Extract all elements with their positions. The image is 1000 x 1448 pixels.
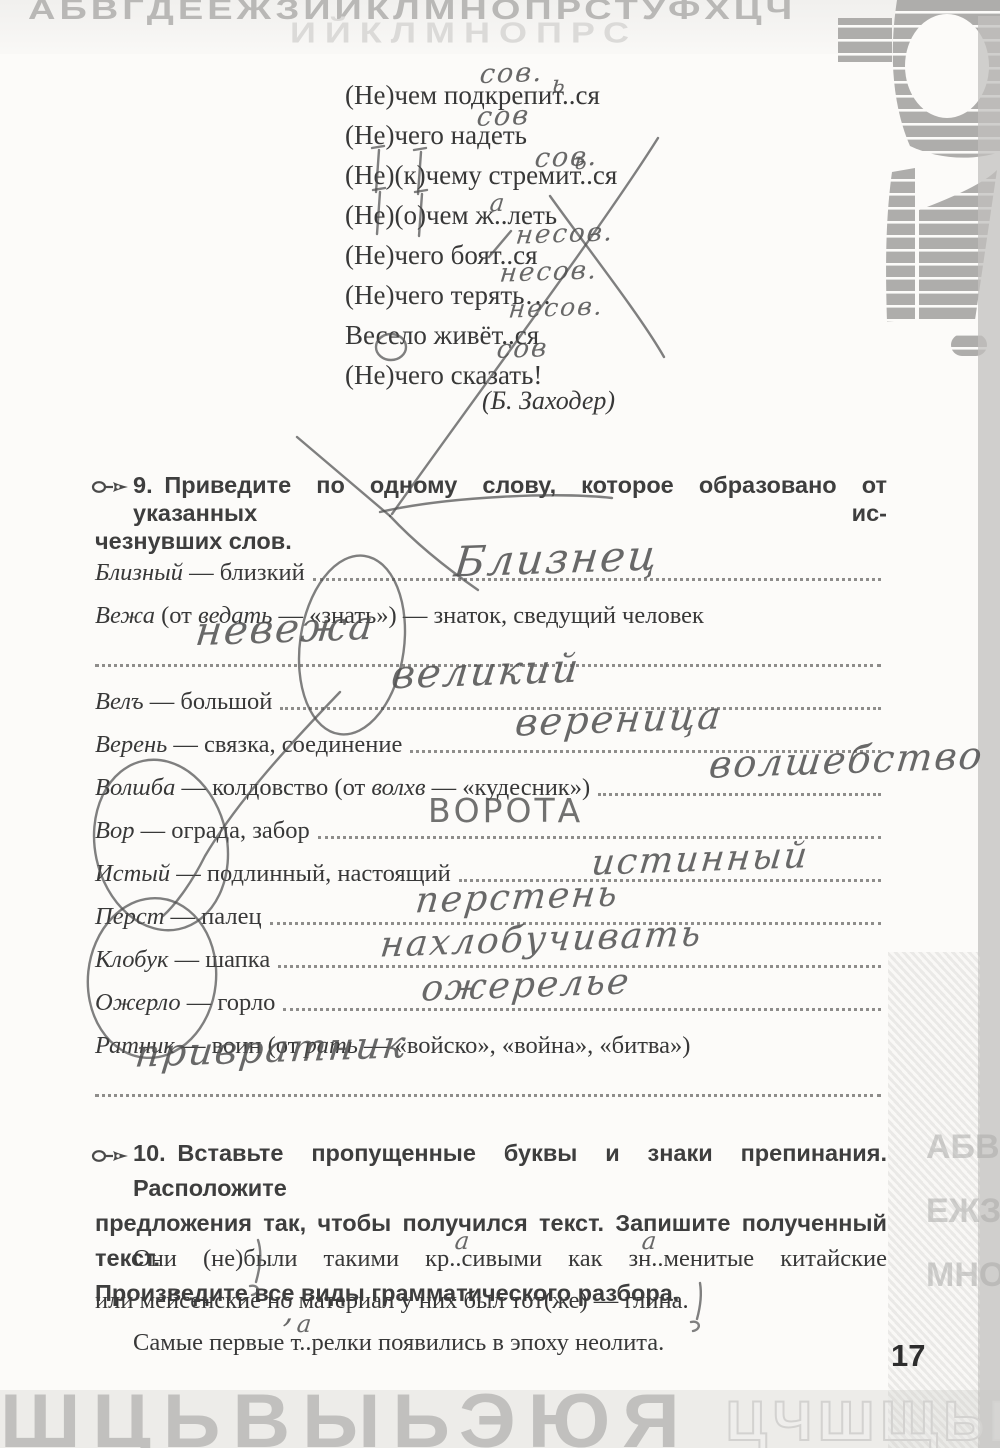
- handwritten-note: несов.: [498, 255, 600, 288]
- handwritten-note: великий: [389, 646, 582, 699]
- bottom-letters-right: ЦЧШЩЬЫЕ: [726, 1390, 1000, 1448]
- handwritten-note: ВОРОТА: [428, 791, 583, 830]
- word-definition: — большой: [144, 688, 273, 716]
- exercise10-sentence: Они (не)были такими кр..сивыми как зн..м…: [95, 1238, 887, 1280]
- obsolete-word: Клобук: [95, 946, 169, 974]
- bottom-alphabet-band: ШЦЬВЫЬЭЮЯЦЧШЩЬЫЕ: [0, 1390, 1000, 1448]
- word-definition: — связка, соединение: [167, 731, 402, 759]
- obsolete-word: Перст: [95, 903, 164, 931]
- handwritten-note: невежа: [193, 603, 377, 655]
- poem-attribution: (Б. Заходер): [482, 386, 615, 416]
- handwritten-note: несов.: [514, 217, 616, 250]
- side-alphabet-letters: МНО: [926, 1256, 1000, 1295]
- handwritten-note: а: [453, 1227, 472, 1256]
- handwritten-note: ь: [572, 147, 590, 176]
- handwritten-note: а: [640, 1227, 659, 1256]
- word-definition: — колдовство (от: [175, 774, 371, 802]
- word-definition: — палец: [164, 903, 261, 931]
- side-alphabet-letters: АБВ: [926, 1128, 1000, 1167]
- handwritten-note: ь: [550, 70, 568, 99]
- poem-line: Весело живёт..ся: [345, 320, 617, 360]
- word-definition: — подлинный, настоящий: [170, 860, 451, 888]
- right-edge-band: [978, 16, 1000, 1448]
- word-definition: — шапка: [169, 946, 271, 974]
- handwritten-note: ожерелье: [419, 961, 632, 1009]
- handwritten-note: перстень: [413, 873, 621, 921]
- side-alphabet-letters: ЕЖЗ: [926, 1192, 1000, 1231]
- obsolete-word: Верень: [95, 731, 167, 759]
- word-definition: — ограда, забор: [134, 817, 309, 845]
- top-alphabet-row2: ИЙКЛМНОПРС: [290, 16, 638, 50]
- obsolete-word: Вежа: [95, 602, 155, 630]
- exercise-instruction-line: 10. Вставьте пропущенные буквы и знаки п…: [95, 1136, 887, 1206]
- handwritten-note: истинный: [589, 835, 811, 884]
- handwritten-note: сов: [495, 333, 550, 365]
- word-definition: — близкий: [183, 559, 305, 587]
- exercise-instruction-line: 9. Приведите по одному слову, которое об…: [95, 471, 887, 527]
- obsolete-word: Волшба: [95, 774, 175, 802]
- handwritten-note: а: [295, 1310, 314, 1339]
- page-number: 17: [891, 1338, 925, 1374]
- obsolete-word: Вор: [95, 817, 134, 845]
- workbook-page: АБВГДЕЁЖЗИЙКЛМНОПРСТУФХЦЧ ИЙКЛМНОПРС АБВ…: [0, 0, 1000, 1448]
- corner-numeral-decor: [835, 0, 1000, 440]
- dotted-answer-line: [598, 793, 881, 796]
- dotted-answer-line: [283, 1008, 881, 1011]
- word-definition: — горло: [181, 989, 276, 1017]
- handwritten-note: вереница: [513, 693, 725, 744]
- obsolete-word: Ожерло: [95, 989, 181, 1017]
- obsolete-word: Истый: [95, 860, 170, 888]
- word-definition: (от: [155, 602, 198, 630]
- handwritten-note: сов.: [478, 57, 545, 90]
- handwritten-note: Близнец: [452, 530, 661, 586]
- dotted-answer-line: [95, 1094, 881, 1097]
- obsolete-word: Велъ: [95, 688, 144, 716]
- obsolete-word: Близный: [95, 559, 183, 587]
- exercise10-sentence: или мейсенские но материал у них был тот…: [95, 1280, 887, 1322]
- exercise10-sentence: Самые первые т..релки появились в эпоху …: [95, 1322, 887, 1364]
- exercise10-text: Они (не)были такими кр..сивыми как зн..м…: [95, 1238, 887, 1364]
- handwritten-note: волшебство: [707, 733, 986, 787]
- bottom-letters-left: ШЦЬВЫЬЭЮЯ: [0, 1390, 692, 1448]
- handwritten-note: а: [488, 189, 507, 218]
- obsolete-word: волхв: [371, 774, 425, 802]
- handwritten-note: несов.: [507, 291, 605, 323]
- handwritten-note: сов: [475, 100, 532, 133]
